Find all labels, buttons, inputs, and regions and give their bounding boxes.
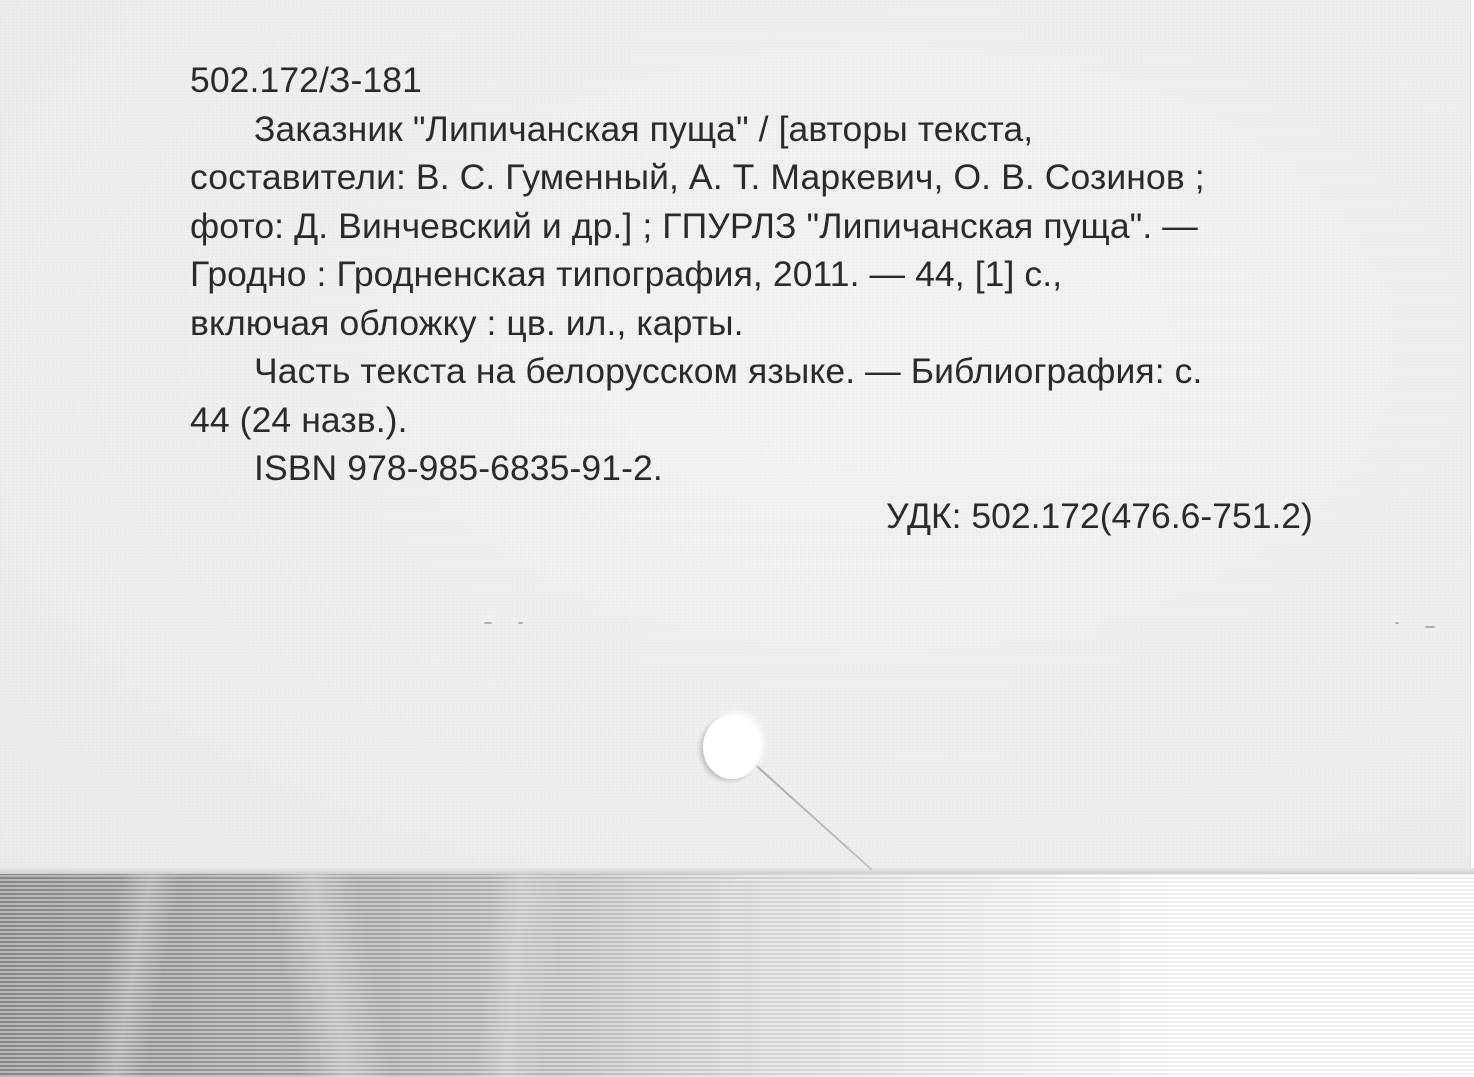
udk-classification: УДК: 502.172(476.6-751.2)	[886, 492, 1313, 541]
publication-line: Гродно : Гродненская типография, 2011. —…	[190, 250, 1390, 299]
bibliographic-record: 502.172/З-181 Заказник "Липичанская пуща…	[190, 56, 1390, 493]
paper-speck	[1425, 626, 1435, 628]
isbn: ISBN 978-985-6835-91-2.	[190, 444, 1390, 493]
punch-hole	[703, 715, 761, 779]
photo-credits-line: фото: Д. Винчевский и др.] ; ГПУРЛЗ "Лип…	[190, 202, 1390, 251]
language-note: Часть текста на белорусском языке. — Биб…	[190, 347, 1390, 396]
paper-bottom-edge	[0, 868, 1474, 874]
paper-speck	[1395, 622, 1399, 624]
paper-speck	[484, 622, 492, 624]
bibliography-note: 44 (24 назв.).	[190, 396, 1390, 445]
scanned-catalog-card: 502.172/З-181 Заказник "Липичанская пуща…	[0, 0, 1474, 1077]
scanner-background-strip	[0, 872, 1474, 1077]
responsibility-line: составители: В. С. Гуменный, А. Т. Марке…	[190, 153, 1390, 202]
call-number: 502.172/З-181	[190, 56, 1390, 105]
physical-description-line: включая обложку : цв. ил., карты.	[190, 299, 1390, 348]
paper-speck	[518, 622, 523, 624]
title-line: Заказник "Липичанская пуща" / [авторы те…	[190, 105, 1390, 154]
